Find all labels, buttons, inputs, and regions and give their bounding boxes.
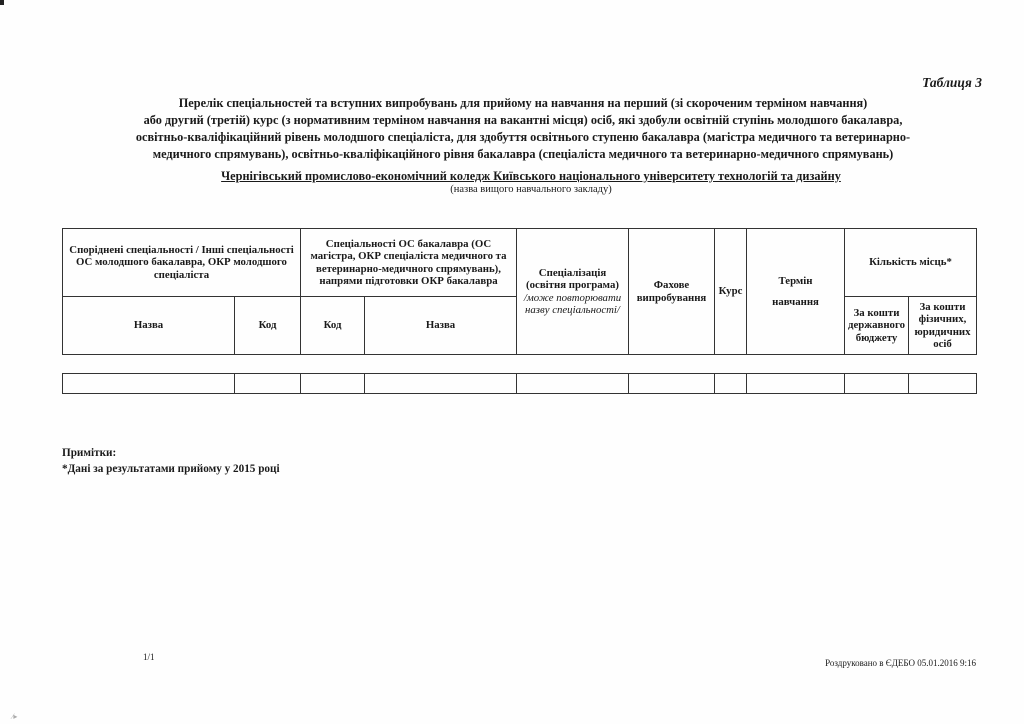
cell-course <box>715 374 747 394</box>
cell-term <box>747 374 845 394</box>
header-name-target: Назва <box>365 297 517 355</box>
scan-corner-mark <box>0 0 4 5</box>
title-line: освітньо-кваліфікаційний рівень молодшог… <box>58 129 988 146</box>
header-specialization: Спеціалізація (освітня програма) /може п… <box>517 229 629 355</box>
title-line: або другий (третій) курс (з нормативним … <box>58 112 988 129</box>
cell-code-related <box>235 374 301 394</box>
header-exam: Фахове випробування <box>629 229 715 355</box>
data-table <box>62 373 977 394</box>
cell-name-target <box>365 374 517 394</box>
term-label-1: Термін <box>749 275 842 288</box>
cell-budget <box>845 374 909 394</box>
document-title: Перелік спеціальностей та вступних випро… <box>58 95 988 163</box>
header-name-related: Назва <box>63 297 235 355</box>
header-private-places: За кошти фізичних, юридичних осіб <box>909 297 977 355</box>
notes-text: *Дані за результатами прийому у 2015 роц… <box>62 461 280 477</box>
specialization-note: /може повторювати назву спеціальності/ <box>519 292 626 317</box>
cell-code-target <box>301 374 365 394</box>
notes-heading: Примітки: <box>62 445 280 461</box>
header-table: Споріднені спеціальності / Інші спеціаль… <box>62 228 977 355</box>
notes: Примітки: *Дані за результатами прийому … <box>62 445 280 477</box>
header-code-target: Код <box>301 297 365 355</box>
cell-private <box>909 374 977 394</box>
term-label-2: навчання <box>749 296 842 309</box>
institution-caption: (назва вищого навчального закладу) <box>100 184 962 195</box>
page-number: 1/1 <box>143 652 155 662</box>
header-course: Курс <box>715 229 747 355</box>
header-places: Кількість місць* <box>845 229 977 297</box>
header-term: Термін навчання <box>747 229 845 355</box>
header-code-related: Код <box>235 297 301 355</box>
title-line: медичного спрямувань), освітньо-кваліфік… <box>58 146 988 163</box>
cell-name-related <box>63 374 235 394</box>
cell-specialization <box>517 374 629 394</box>
title-line: Перелік спеціальностей та вступних випро… <box>58 95 988 112</box>
cell-exam <box>629 374 715 394</box>
printed-timestamp: Роздруковано в ЄДЕБО 05.01.2016 9:16 <box>825 658 976 668</box>
institution-name: Чернігівський промислово-економічний кол… <box>100 169 962 184</box>
header-related-specialties: Споріднені спеціальності / Інші спеціаль… <box>63 229 301 297</box>
specialization-label: Спеціалізація (освітня програма) <box>519 267 626 292</box>
header-target-specialties: Спеціальності ОС бакалавра (ОС магістра,… <box>301 229 517 297</box>
table-number: Таблиця 3 <box>922 75 982 91</box>
scan-artifact: ⁄▸ <box>12 712 17 721</box>
header-budget-places: За кошти державного бюджету <box>845 297 909 355</box>
table-row <box>63 374 977 394</box>
